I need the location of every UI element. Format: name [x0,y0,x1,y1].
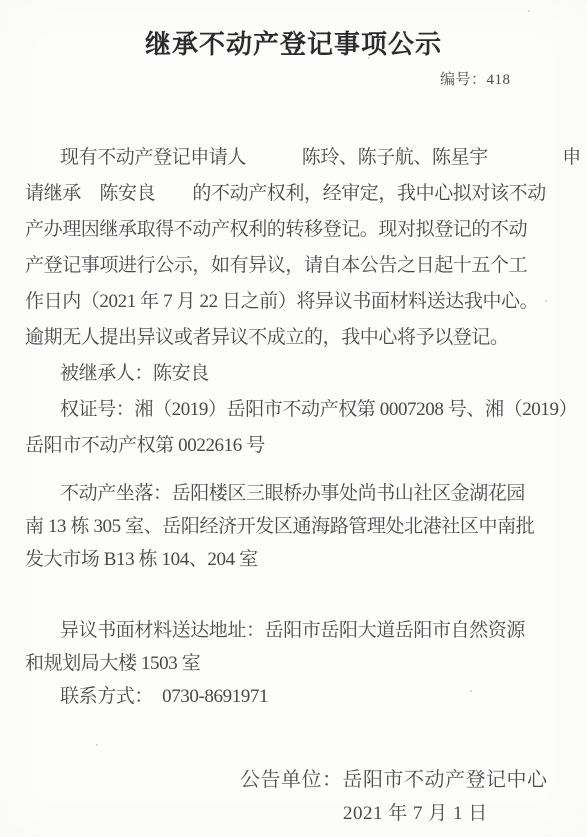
scan-speckle [368,57,370,59]
scan-speckle [545,300,547,302]
announcement-date: 2021 年 7 月 1 日 [343,798,488,825]
scan-speckle [470,690,472,692]
property-location-line: 不动产坐落：岳阳楼区三眼桥办事处尚书山社区金湖花园 [25,477,573,510]
certificate-number-line: 权证号：湘（2019）岳阳市不动产权第 0007208 号、湘（2019） [25,392,573,428]
objection-address-line: 异议书面材料送达地址：岳阳市岳阳大道岳阳市自然资源 [25,614,573,647]
certificate-number-line: 岳阳市不动产权第 0022616 号 [25,428,573,464]
main-paragraph-block: 现有不动产登记申请人 陈玲、陈子航、陈星宇 申 请继承 陈安良 的不动产权利，经… [25,140,573,464]
document-line: 作日内（2021 年 7 月 22 日之前）将异议书面材料送达我中心。 [25,284,573,320]
property-location-line: 发大市场 B13 栋 104、204 室 [25,543,573,576]
scan-speckle [528,10,530,12]
document-number: 编号：418 [440,68,511,89]
scanned-notice-page: 继承不动产登记事项公示 编号：418 现有不动产登记申请人 陈玲、陈子航、陈星宇… [0,0,587,837]
property-location-block: 不动产坐落：岳阳楼区三眼桥办事处尚书山社区金湖花园 南 13 栋 305 室、岳… [25,477,573,576]
announcing-unit: 公告单位：岳阳市不动产登记中心 [240,763,548,792]
decedent-line: 被继承人：陈安良 [25,356,573,392]
document-line: 现有不动产登记申请人 陈玲、陈子航、陈星宇 申 [25,140,573,176]
document-line: 请继承 陈安良 的不动产权利，经审定，我中心拟对该不动 [25,176,573,212]
document-line: 产登记事项进行公示，如有异议，请自本公告之日起十五个工 [25,248,573,284]
document-title: 继承不动产登记事项公示 [0,24,587,61]
objection-contact-block: 异议书面材料送达地址：岳阳市岳阳大道岳阳市自然资源 和规划局大楼 1503 室 … [25,614,573,713]
document-line: 逾期无人提出异议或者异议不成立的，我中心将予以登记。 [25,320,573,356]
objection-address-line: 和规划局大楼 1503 室 [25,647,573,680]
property-location-line: 南 13 栋 305 室、岳阳经济开发区通海路管理处北港社区中南批 [25,510,573,543]
scan-speckle [96,744,98,746]
document-line: 产办理因继承取得不动产权利的转移登记。现对拟登记的不动 [25,212,573,248]
contact-phone-line: 联系方式： 0730-8691971 [25,680,573,713]
